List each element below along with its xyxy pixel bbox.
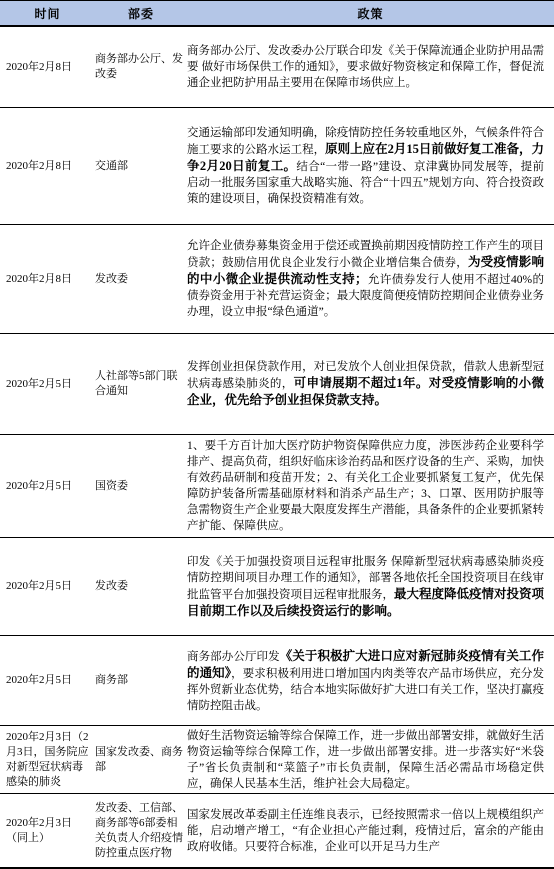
policy-text: 商务部办公厅印发 [187,651,280,663]
table-row: 2020年2月3日（同上）发改委、工信部、商务部等6部委相关负责人介绍疫情防控重… [0,794,554,868]
ministry-cell: 发改委、工信部、商务部等6部委相关负责人介绍疫情防控重点医疗物 [95,801,187,861]
ministry-cell: 发改委 [95,579,187,594]
policy-text: ，要求积极利用进口增加国内肉类等农产品市场供应，充分发挥外贸新业态优势，结合本地… [187,668,544,712]
policy-cell: 商务部办公厅、发改委办公厅联合印发《关于保障流通企业防护用品需要 做好市场保供工… [187,41,554,93]
policy-table: 时间 部委 政策 2020年2月8日商务部办公厅、发改委商务部办公厅、发改委办公… [0,0,554,869]
policy-cell: 做好生活物资运输等综合保障工作，进一步做出部署安排，就做好生活物资运输等综合保障… [187,726,554,794]
table-row: 2020年2月8日发改委允许企业债券募集资金用于偿还或置换前期因疫情防控工作产生… [0,225,554,334]
ministry-cell: 发改委 [95,272,187,287]
table-row: 2020年2月5日人社部等5部门联合通知发挥创业担保贷款作用，对已发放个人创业担… [0,334,554,435]
ministry-cell: 国家发改委、商务部 [95,745,187,775]
time-cell: 2020年2月3日（同上） [0,816,95,846]
policy-cell: 发挥创业担保贷款作用，对已发放个人创业担保贷款，借款人患新型冠状病毒感染肺炎的，… [187,357,554,411]
time-cell: 2020年2月5日 [0,377,95,392]
ministry-cell: 人社部等5部门联合通知 [95,369,187,399]
table-row: 2020年2月8日商务部办公厅、发改委商务部办公厅、发改委办公厅联合印发《关于保… [0,27,554,108]
time-cell: 2020年2月5日 [0,673,95,688]
policy-cell: 允许企业债券募集资金用于偿还或置换前期因疫情防控工作产生的项目贷款；鼓励信用优良… [187,236,554,322]
ministry-cell: 商务部办公厅、发改委 [95,52,187,82]
policy-text: 商务部办公厅、发改委办公厅联合印发《关于保障流通企业防护用品需要 做好市场保供工… [187,45,544,89]
ministry-cell: 商务部 [95,673,187,688]
time-cell: 2020年2月8日 [0,159,95,174]
ministry-cell: 交通部 [95,159,187,174]
time-cell: 2020年2月5日 [0,479,95,494]
policy-cell: 交通运输部印发通知明确，除疫情防控任务较重地区外，气候条件符合施工要求的公路水运… [187,123,554,209]
table-row: 2020年2月5日发改委印发《关于加强投资项目远程审批服务 保障新型冠状病毒感染… [0,538,554,636]
policy-cell: 印发《关于加强投资项目远程审批服务 保障新型冠状病毒感染肺炎疫情防控期间项目办理… [187,552,554,622]
policy-text: 国家发展改革委副主任连维良表示，已经按照需求一倍以上规模组织产能，启动增产增工，… [187,809,544,853]
time-cell: 2020年2月5日 [0,579,95,594]
table-row: 2020年2月8日交通部交通运输部印发通知明确，除疫情防控任务较重地区外，气候条… [0,108,554,225]
table-row: 2020年2月5日商务部商务部办公厅印发《关于积极扩大进口应对新冠肺炎疫情有关工… [0,636,554,726]
policy-text: 做好生活物资运输等综合保障工作，进一步做出部署安排，就做好生活物资运输等综合保障… [187,730,544,790]
column-header-ministry: 部委 [95,5,187,22]
time-cell: 2020年2月8日 [0,272,95,287]
policy-cell: 国家发展改革委副主任连维良表示，已经按照需求一倍以上规模组织产能，启动增产增工，… [187,805,554,857]
policy-cell: 商务部办公厅印发《关于积极扩大进口应对新冠肺炎疫情有关工作的通知》，要求积极利用… [187,646,554,716]
column-header-time: 时间 [0,5,95,22]
policy-cell: 1、要千方百计加大医疗防护物资保障供应力度，涉医涉药企业要科学排产、提高负荷，组… [187,436,554,536]
column-header-policy: 政策 [187,5,554,22]
ministry-cell: 国资委 [95,479,187,494]
table-row: 2020年2月3日（2月3日，国务院应对新型冠状病毒感染的肺炎国家发改委、商务部… [0,726,554,794]
policy-text: 1、要千方百计加大医疗防护物资保障供应力度，涉医涉药企业要科学排产、提高负荷，组… [187,440,544,532]
table-header: 时间 部委 政策 [0,1,554,27]
time-cell: 2020年2月3日（2月3日，国务院应对新型冠状病毒感染的肺炎 [0,730,95,790]
table-row: 2020年2月5日国资委1、要千方百计加大医疗防护物资保障供应力度，涉医涉药企业… [0,435,554,538]
time-cell: 2020年2月8日 [0,60,95,75]
